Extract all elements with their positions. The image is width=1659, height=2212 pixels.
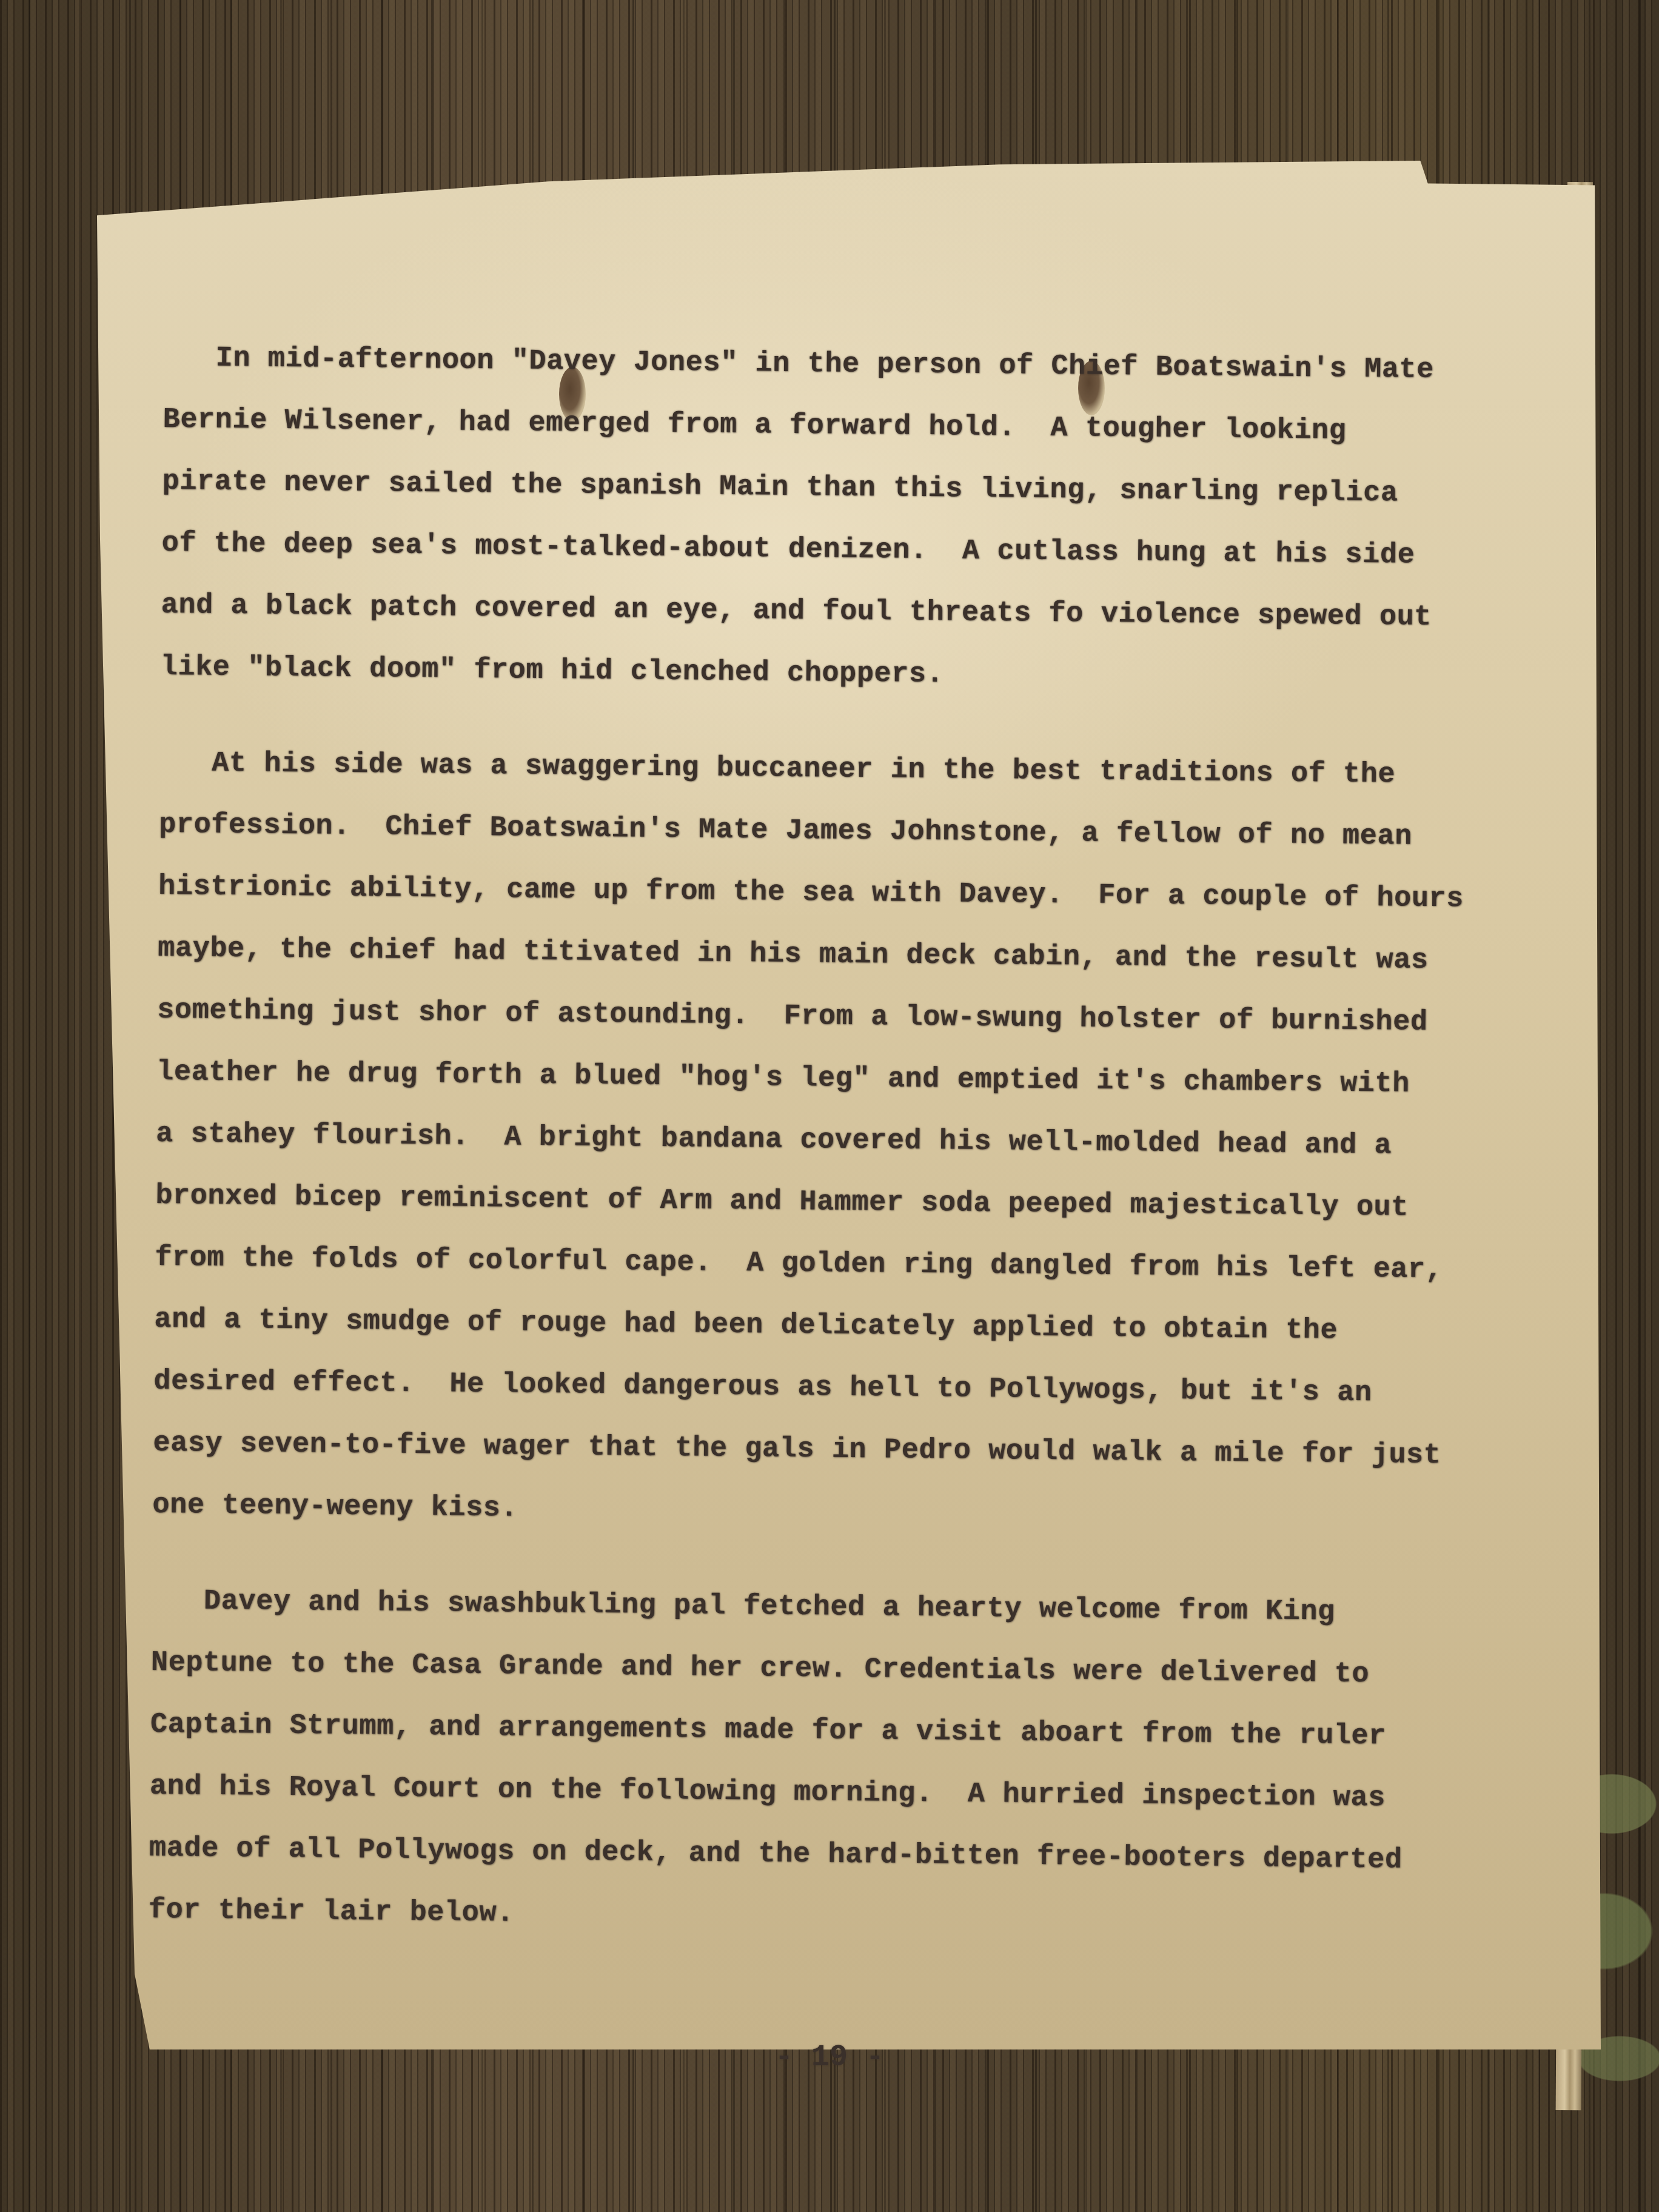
page-body-text: In mid-afternoon "Davey Jones" in the pe… [148,327,1582,1955]
page-number: - 19 - [0,2040,1659,2075]
paragraph-welcome: Davey and his swashbukling pal fetched a… [148,1570,1570,1955]
paragraph-buccaneer: At his side was a swaggering buccaneer i… [152,732,1579,1550]
paragraph-davey-jones: In mid-afternoon "Davey Jones" in the pe… [160,327,1583,712]
